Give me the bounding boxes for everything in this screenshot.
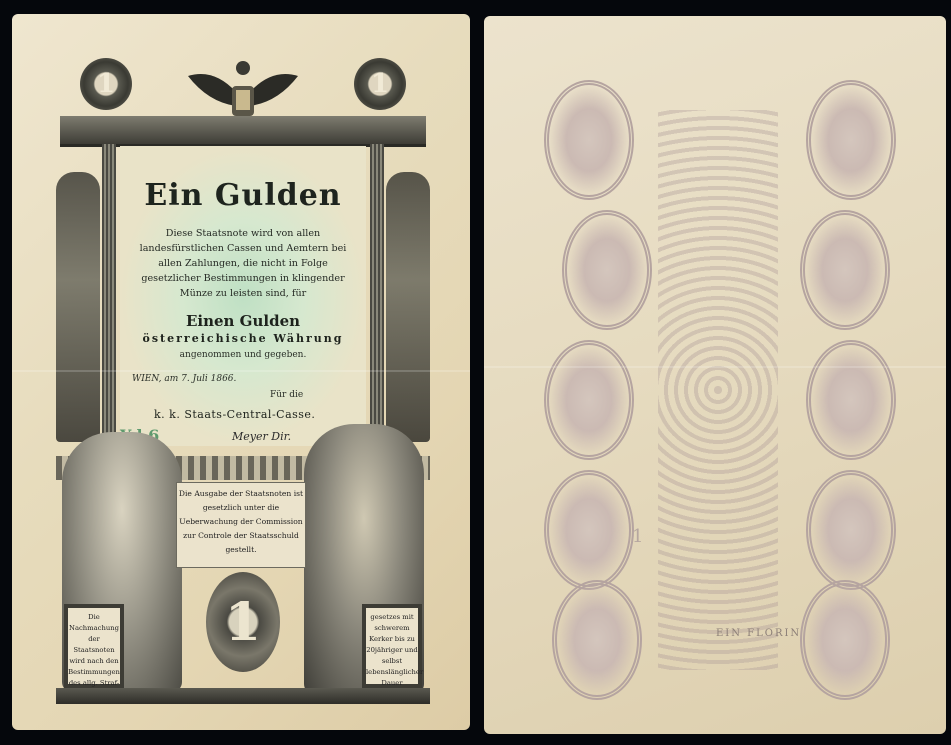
note-title: Ein Gulden — [120, 178, 366, 213]
coat-of-arms-oval — [806, 80, 896, 200]
coat-of-arms-oval — [552, 580, 642, 700]
left-pedestal-text: Die Nachmachung der Staatsnoten wird nac… — [64, 604, 124, 688]
right-pedestal-text: gesetzes mit schwerem Kerker bis zu 20jä… — [362, 604, 422, 688]
back-numeral: 1 — [632, 526, 643, 547]
left-warrior-figure — [56, 172, 100, 442]
signature: Meyer Dir. — [232, 430, 291, 443]
control-notice: Die Ausgabe der Staatsnoten ist gesetzli… — [176, 482, 306, 568]
coat-of-arms-oval — [800, 210, 890, 330]
banknote-back: 1 EIN FLORIN — [484, 16, 946, 734]
fold-line — [484, 366, 946, 368]
coat-of-arms-oval — [544, 470, 634, 590]
coat-of-arms-oval — [806, 340, 896, 460]
back-guilloche-pattern: 1 — [538, 70, 894, 670]
coat-of-arms-oval — [544, 340, 634, 460]
fold-line — [12, 370, 470, 372]
left-column — [102, 144, 116, 434]
center-text-panel: Ein Gulden Diese Staatsnote wird von all… — [120, 146, 366, 446]
currency-text: österreichische Währung — [120, 332, 366, 345]
corner-denomination-right: 1 — [354, 58, 406, 110]
front-design: 1 1 Ein Gulden Diese Staatsnote wird von… — [56, 52, 430, 704]
coat-of-arms-oval — [800, 580, 890, 700]
center-medallion-numeral: 1 — [206, 572, 280, 672]
corner-denomination-left: 1 — [80, 58, 132, 110]
back-legend: EIN FLORIN — [716, 628, 801, 639]
right-column — [370, 144, 384, 434]
banknote-front: 1 1 Ein Gulden Diese Staatsnote wird von… — [12, 14, 470, 730]
accepted-text: angenommen und gegeben. — [120, 350, 366, 360]
coat-of-arms-oval — [544, 80, 634, 200]
coat-of-arms-oval — [562, 210, 652, 330]
right-warrior-figure — [386, 172, 430, 442]
amount-text: Einen Gulden — [120, 312, 366, 330]
coat-of-arms-oval — [806, 470, 896, 590]
base-plinth — [56, 688, 430, 704]
issuer-text: k. k. Staats-Central-Casse. — [154, 408, 315, 421]
central-vine-pattern — [658, 110, 778, 670]
entablature — [60, 116, 426, 147]
date-line: WIEN, am 7. Juli 1866. — [132, 374, 236, 384]
for-the-text: Für die — [270, 390, 303, 400]
note-body-text: Diese Staatsnote wird von allen landesfü… — [128, 226, 358, 301]
